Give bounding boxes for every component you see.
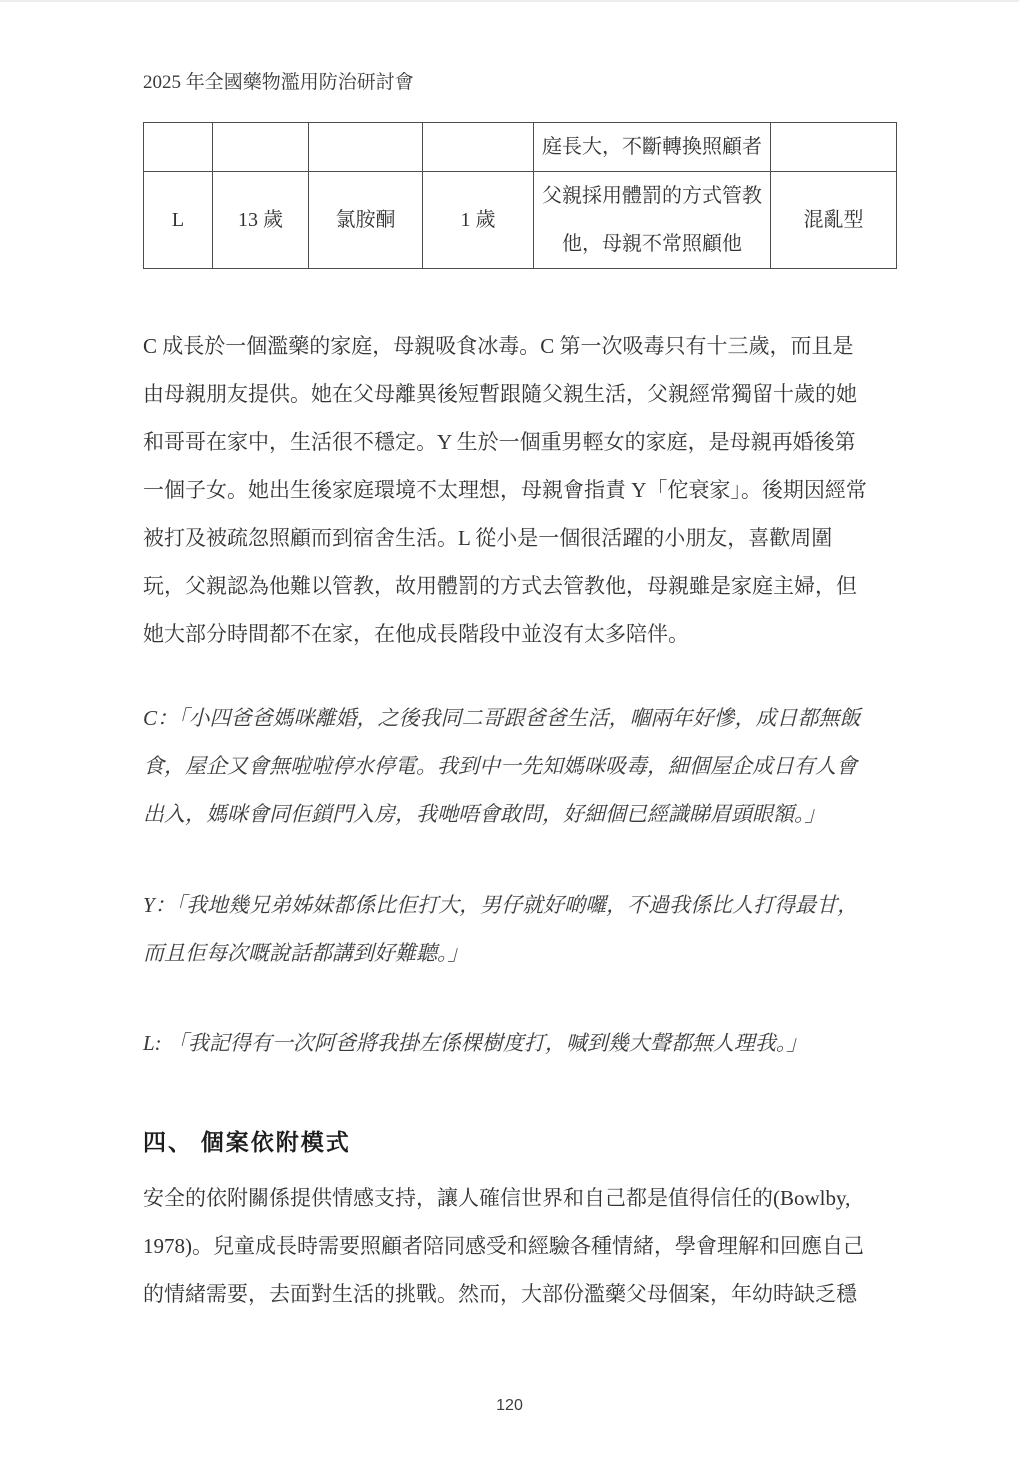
page-number: 120 [0,1396,1019,1416]
body-paragraph-attachment: 安全的依附關係提供情感支持，讓人確信世界和自己都是值得信任的(Bowlby, 1… [143,1174,883,1318]
table-cell [423,123,534,172]
table-cell: 13 歲 [213,172,309,269]
table-cell: 1 歲 [423,172,534,269]
table-cell [309,123,423,172]
page-top-edge [0,0,1019,2]
table-cell: 父親採用體罰的方式管教 他，母親不常照顧他 [534,172,771,269]
table-cell: 混亂型 [771,172,897,269]
table-cell [144,123,213,172]
table-cell: 庭長大，不斷轉換照顧者 [534,123,771,172]
table-cell [771,123,897,172]
table-cell: 氯胺酮 [309,172,423,269]
table-cell: L [144,172,213,269]
quote-case-y: Y：「我地幾兄弟姊妹都係比佢打大，男仔就好啲囉，不過我係比人打得最甘， 而且佢每… [143,881,883,977]
section-heading-attachment-patterns: 四、 個案依附模式 [143,1124,1019,1162]
quote-case-l: L: 「我記得有一次阿爸將我掛左係棵樹度打，喊到幾大聲都無人理我。」 [143,1019,883,1067]
document-page: 2025 年全國藥物濫用防治研討會 庭長大，不斷轉換照顧者 L 13 歲 氯胺酮 [0,0,1019,1458]
table-cell [213,123,309,172]
table-row: L 13 歲 氯胺酮 1 歲 父親採用體罰的方式管教 他，母親不常照顧他 混亂型 [144,172,897,269]
body-paragraph-case-background: C 成長於一個濫藥的家庭，母親吸食冰毒。C 第一次吸毒只有十三歲，而且是 由母親… [143,322,883,658]
quote-case-c: C：「小四爸爸媽咪離婚，之後我同二哥跟爸爸生活，嗰兩年好慘，成日都無飯 食，屋企… [143,694,883,838]
running-header: 2025 年全國藥物濫用防治研討會 [143,70,1019,96]
table-row: 庭長大，不斷轉換照顧者 [144,123,897,172]
case-summary-table: 庭長大，不斷轉換照顧者 L 13 歲 氯胺酮 1 歲 父親採用體罰的方式管教 他… [143,122,897,269]
